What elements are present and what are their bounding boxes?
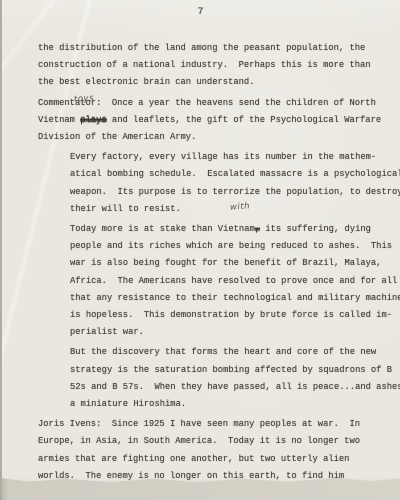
typed-text-segment: Division of the American Army. — [38, 132, 196, 142]
typed-line: But the discovery that forms the heart a… — [38, 344, 386, 361]
typed-line: a miniature Hiroshima. — [38, 396, 386, 413]
typed-text: the distribution of the land among the p… — [38, 40, 386, 500]
typed-text-segment: people and its riches which are being re… — [70, 241, 392, 251]
typed-text-segment: strategy is the saturation bombing affec… — [70, 365, 392, 375]
typed-line: armies that are fighting one another, bu… — [38, 451, 386, 468]
typed-text-segment: its suffering, dying — [260, 224, 371, 234]
typed-text-segment: Joris Ivens: Since 1925 I have seen many… — [38, 419, 360, 429]
typed-line: that any resistance to their technologic… — [38, 290, 386, 307]
typed-line: the distribution of the land among the p… — [38, 40, 386, 57]
typed-text-segment: Africa. The Americans have resolved to p… — [70, 276, 397, 286]
typed-line: Africa. The Americans have resolved to p… — [38, 273, 386, 290]
typed-line: you have to look upward. — [38, 485, 386, 500]
document-page: 7 the distribution of the land among the… — [2, 0, 400, 491]
typed-line: worlds. The enemy is no longer on this e… — [38, 468, 386, 485]
paragraph: But the discovery that forms the heart a… — [38, 344, 386, 413]
typed-text-segment: the best electronic brain can understand… — [38, 77, 254, 87]
typed-text-segment: 52s and B 57s. When they have passed, al… — [70, 382, 400, 392]
typed-line: Vietnam plays and leaflets, the gift of … — [38, 112, 386, 129]
typed-text-segment: weapon. Its purpose is to terrorize the … — [70, 187, 400, 197]
handwritten-annotation: toys — [74, 93, 95, 104]
page-number: 7 — [2, 7, 400, 18]
typed-text-segment: war is also being fought for the benefit… — [70, 258, 381, 268]
typed-line: Europe, in Asia, in South America. Today… — [38, 433, 386, 450]
typed-line: weapon. Its purpose is to terrorize the … — [38, 184, 386, 201]
typed-line: Division of the American Army. — [38, 129, 386, 146]
typed-text-segment: Europe, in Asia, in South America. Today… — [38, 436, 360, 446]
typed-text-segment: But the discovery that forms the heart a… — [70, 347, 376, 357]
typed-text-segment: Every factory, every village has its num… — [70, 152, 376, 162]
typed-line: perialist war. — [38, 324, 386, 341]
handwritten-annotation: with — [230, 201, 251, 212]
typed-text-segment: perialist war. — [70, 327, 144, 337]
paragraph: Today more is at stake than Vietnam, its… — [38, 221, 386, 341]
paragraph: Every factory, every village has its num… — [38, 149, 386, 218]
paragraph: the distribution of the land among the p… — [38, 40, 386, 92]
typed-line: strategy is the saturation bombing affec… — [38, 362, 386, 379]
typed-line: their will to resist. — [38, 201, 386, 218]
typed-text-segment: worlds. The enemy is no longer on this e… — [38, 471, 344, 481]
struck-out-word: plays — [80, 115, 106, 125]
typed-line: Joris Ivens: Since 1925 I have seen many… — [38, 416, 386, 433]
typed-line: war is also being fought for the benefit… — [38, 255, 386, 272]
typed-line: 52s and B 57s. When they have passed, al… — [38, 379, 386, 396]
typed-line: Today more is at stake than Vietnam, its… — [38, 221, 386, 238]
paragraph: Joris Ivens: Since 1925 I have seen many… — [38, 416, 386, 500]
typed-text-segment: is hopeless. This demonstration by brute… — [70, 310, 392, 320]
typed-line: is hopeless. This demonstration by brute… — [38, 307, 386, 324]
typed-line: the best electronic brain can understand… — [38, 74, 386, 91]
typed-text-segment: construction of a national industry. Per… — [38, 60, 371, 70]
typed-text-segment: Vietnam — [38, 115, 80, 125]
typed-line: Every factory, every village has its num… — [38, 149, 386, 166]
typed-text-segment: and leaflets, the gift of the Psychologi… — [107, 115, 382, 125]
typed-text-segment: that any resistance to their technologic… — [70, 293, 400, 303]
typed-line: people and its riches which are being re… — [38, 238, 386, 255]
typed-text-segment: their will to resist. — [70, 204, 181, 214]
typed-text-segment: you have to look upward. — [38, 488, 165, 498]
typed-text-segment: armies that are fighting one another, bu… — [38, 454, 349, 464]
typed-line: construction of a national industry. Per… — [38, 57, 386, 74]
typed-line: atical bombing schedule. Escalated massa… — [38, 166, 386, 183]
typed-text-segment: atical bombing schedule. Escalated massa… — [70, 169, 400, 179]
typed-text-segment: a miniature Hiroshima. — [70, 399, 186, 409]
typed-text-segment: the distribution of the land among the p… — [38, 43, 365, 53]
typed-text-segment: Today more is at stake than Vietnam — [70, 224, 255, 234]
